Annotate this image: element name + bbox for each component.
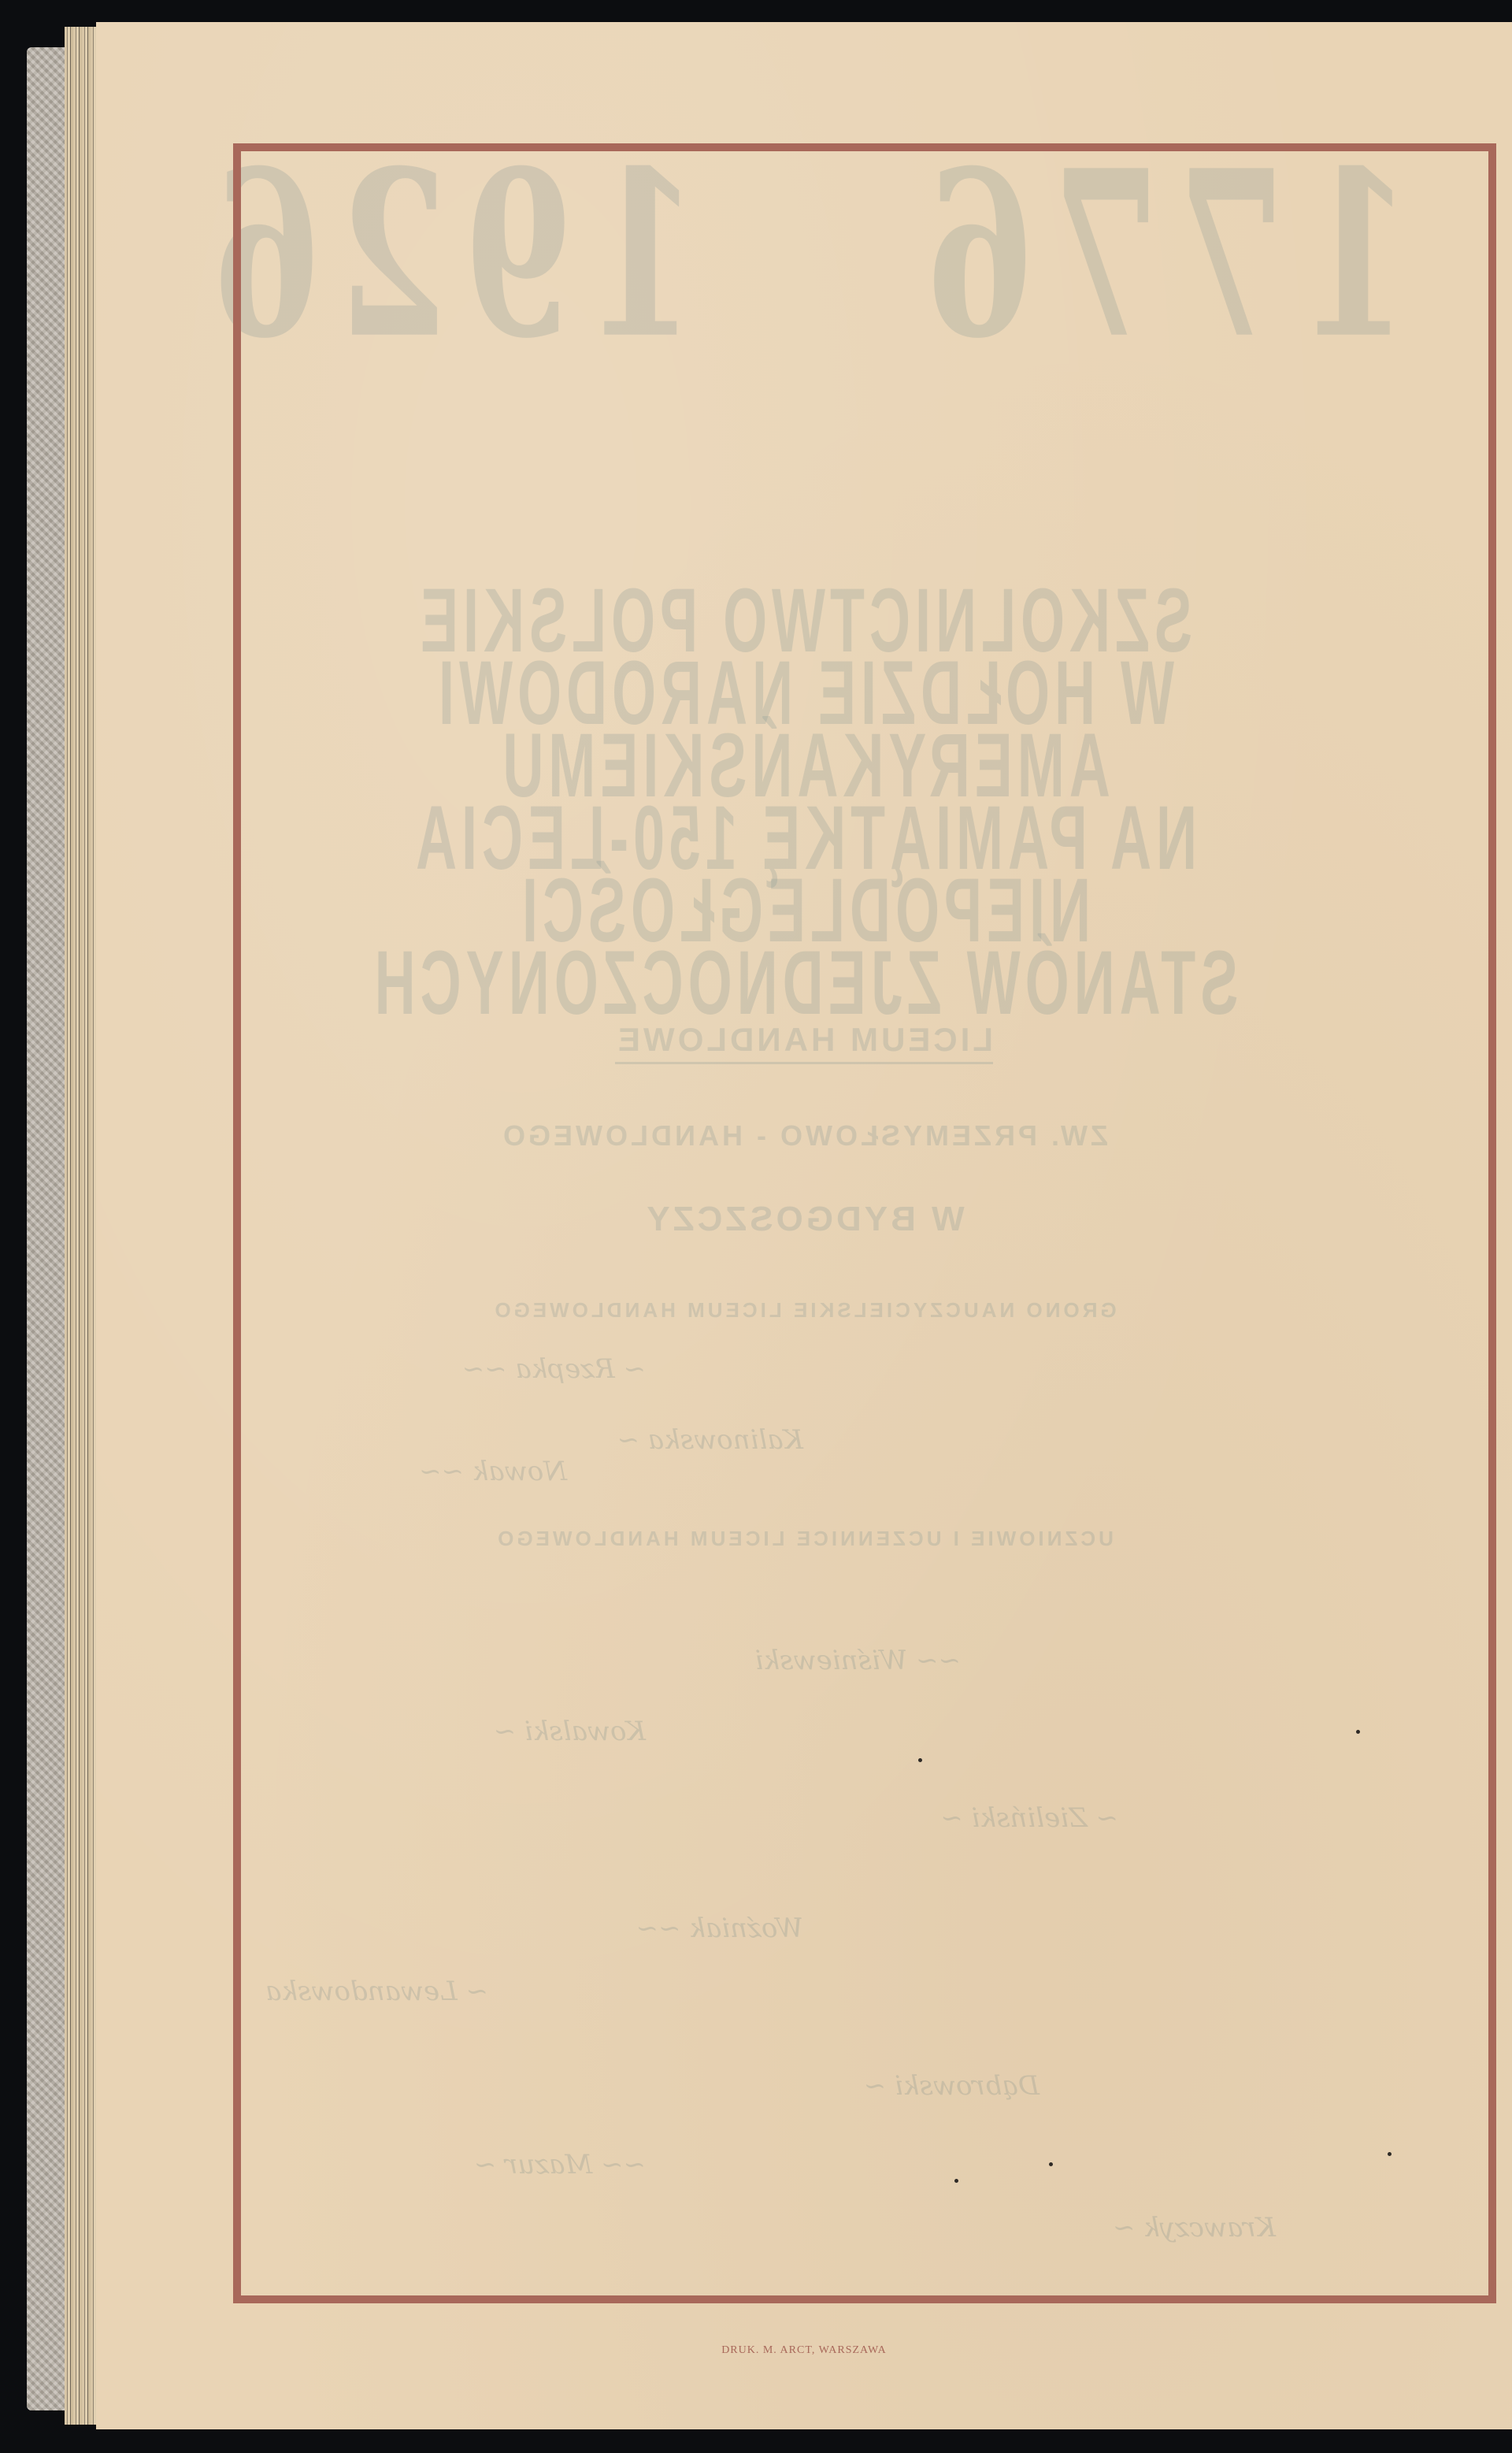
book-page: 1776 1926 SZKOLNICTWO POLSKIE W HOŁDZIE …	[96, 22, 1512, 2429]
ink-speck	[1356, 1730, 1360, 1734]
ink-speck	[1388, 2152, 1392, 2156]
book-binding	[27, 47, 66, 2410]
ink-speck	[918, 1758, 922, 1762]
ink-speck	[1049, 2162, 1053, 2166]
page-edges	[65, 27, 98, 2425]
ink-speck	[954, 2179, 958, 2183]
printer-imprint: DRUK. M. ARCT, WARSZAWA	[96, 2344, 1512, 2357]
decorative-border-frame	[233, 143, 1496, 2303]
